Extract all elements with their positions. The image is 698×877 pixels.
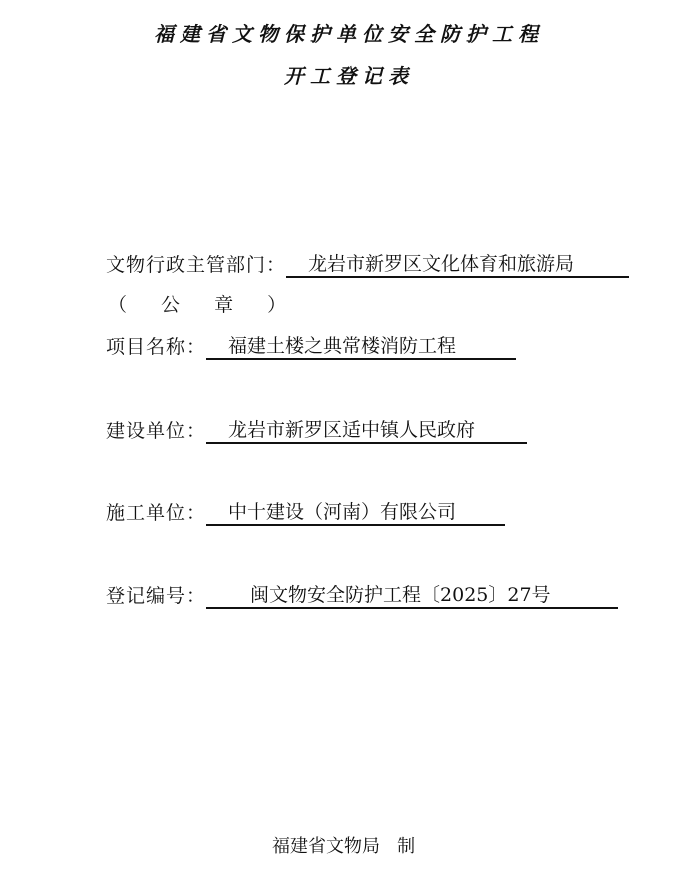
field-authority: 文物行政主管部门： 龙岩市新罗区文化体育和旅游局: [106, 252, 629, 278]
field-registration-number-value: 闽文物安全防护工程〔2025〕27号: [206, 583, 618, 609]
field-contractor-value: 中十建设（河南）有限公司: [206, 500, 505, 526]
field-contractor: 施工单位： 中十建设（河南）有限公司: [106, 500, 505, 526]
seal-note: （ 公 章 ）: [108, 292, 300, 318]
field-builder-label: 建设单位：: [106, 418, 206, 444]
field-builder: 建设单位： 龙岩市新罗区适中镇人民政府: [106, 418, 527, 444]
field-project-name-value: 福建土楼之典常楼消防工程: [206, 334, 516, 360]
field-registration-number-label: 登记编号：: [106, 583, 206, 609]
field-authority-label: 文物行政主管部门：: [106, 252, 286, 278]
issuer-footer: 福建省文物局 制: [272, 835, 415, 859]
field-authority-value: 龙岩市新罗区文化体育和旅游局: [286, 252, 629, 278]
field-contractor-label: 施工单位：: [106, 500, 206, 526]
document-subtitle: 开工登记表: [0, 62, 698, 90]
field-project-name: 项目名称： 福建土楼之典常楼消防工程: [106, 334, 516, 360]
field-project-name-label: 项目名称：: [106, 334, 206, 360]
registration-form-page: 福建省文物保护单位安全防护工程 开工登记表 文物行政主管部门： 龙岩市新罗区文化…: [0, 0, 698, 877]
field-builder-value: 龙岩市新罗区适中镇人民政府: [206, 418, 527, 444]
document-title: 福建省文物保护单位安全防护工程: [0, 20, 698, 48]
field-registration-number: 登记编号： 闽文物安全防护工程〔2025〕27号: [106, 583, 618, 609]
